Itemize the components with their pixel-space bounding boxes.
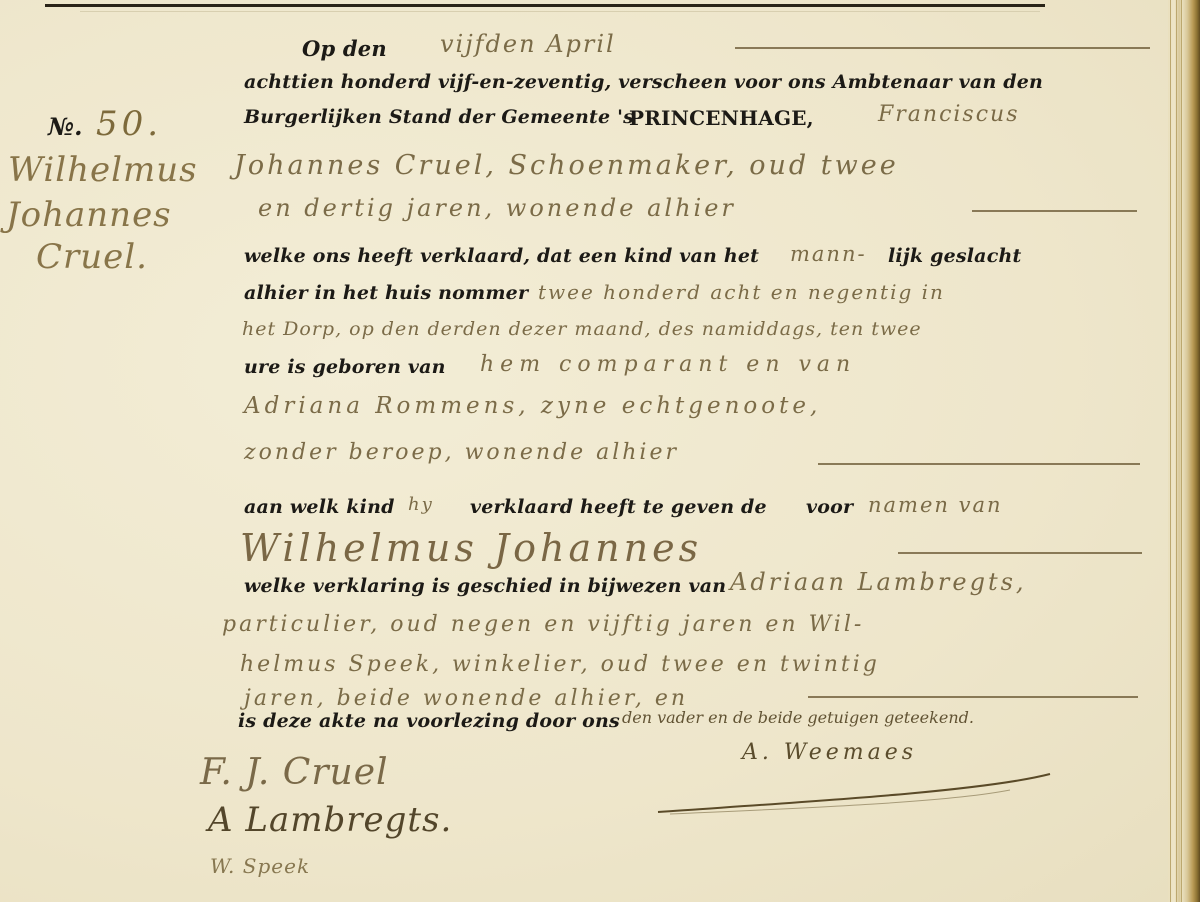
hand-birth-date-time: het Dorp, op den derden dezer maand, des… <box>242 318 922 340</box>
top-rule-faint <box>80 11 1040 12</box>
printed-aan-welk-kind: aan welk kind <box>244 496 395 518</box>
signature-flourish <box>650 770 1070 820</box>
fill-line <box>818 463 1140 465</box>
hand-witness1-details: particulier, oud negen en vijftig jaren … <box>222 612 864 637</box>
hand-mother-occupation: zonder beroep, wonende alhier <box>244 440 679 465</box>
printed-voorlezing: is deze akte na voorlezing door ons <box>238 710 620 732</box>
signature-father: F. J. Cruel <box>200 752 389 793</box>
hand-hy: hy <box>408 494 434 515</box>
hand-signed-by: den vader en de beide getuigen geteekend… <box>622 708 974 727</box>
hand-father-first-name: Franciscus <box>878 102 1020 127</box>
hand-witness2: helmus Speek, winkelier, oud twee en twi… <box>240 652 880 677</box>
hand-mother: Adriana Rommens, zyne echtgenoote, <box>244 393 821 419</box>
act-number-label: №. <box>48 112 82 141</box>
signature-witness2: W. Speek <box>210 854 310 878</box>
printed-huis-nommer: alhier in het huis nommer <box>244 282 528 304</box>
hand-witness1: Adriaan Lambregts, <box>730 568 1027 596</box>
printed-verklaard-heeft: verklaard heeft te geven de <box>470 496 767 518</box>
hand-namen-van: namen van <box>868 493 1003 517</box>
hand-father-age-residence: en dertig jaren, wonende alhier <box>258 194 736 222</box>
signature-official: A. Weemaes <box>742 740 917 765</box>
edge-line <box>1181 0 1182 902</box>
edge-line <box>1176 0 1177 902</box>
printed-op-den: Op den <box>302 36 387 61</box>
edge-line <box>1170 0 1171 902</box>
margin-name-line2: Johannes <box>6 195 172 235</box>
fill-line <box>735 47 1150 49</box>
top-rule <box>45 4 1045 7</box>
page-edge <box>1168 0 1200 902</box>
printed-geslacht: lijk geslacht <box>888 245 1021 267</box>
fill-line <box>898 552 1142 554</box>
signature-witness1: A Lambregts. <box>208 800 452 840</box>
hand-child-name: Wilhelmus Johannes <box>240 526 702 570</box>
act-number: 50. <box>96 104 162 144</box>
fill-line <box>972 210 1137 212</box>
fill-line <box>808 696 1138 698</box>
hand-gender: mann- <box>790 242 867 266</box>
hand-date: vijfden April <box>440 30 616 58</box>
printed-verklaring-bijwezen: welke verklaring is geschied in bijwezen… <box>244 575 726 597</box>
margin-name-line3: Cruel. <box>36 237 148 277</box>
hand-house-number: twee honderd acht en negentig in <box>538 280 945 304</box>
hand-parent: hem comparant en van <box>480 352 856 377</box>
printed-geboren-van: ure is geboren van <box>244 356 446 378</box>
printed-burgerlijken-stand: Burgerlijken Stand der Gemeente 's <box>244 106 634 128</box>
printed-voor: voor <box>806 496 853 518</box>
hand-father-name-occupation: Johannes Cruel, Schoenmaker, oud twee <box>234 150 899 181</box>
margin-name-line1: Wilhelmus <box>8 150 198 190</box>
printed-municipality: PRINCENHAGE, <box>629 106 814 130</box>
document-page: №. 50. Wilhelmus Johannes Cruel. Op den … <box>0 0 1168 902</box>
printed-line-year: achttien honderd vijf-en-zeventig, versc… <box>244 71 1043 93</box>
printed-welke-ons: welke ons heeft verklaard, dat een kind … <box>244 245 759 267</box>
